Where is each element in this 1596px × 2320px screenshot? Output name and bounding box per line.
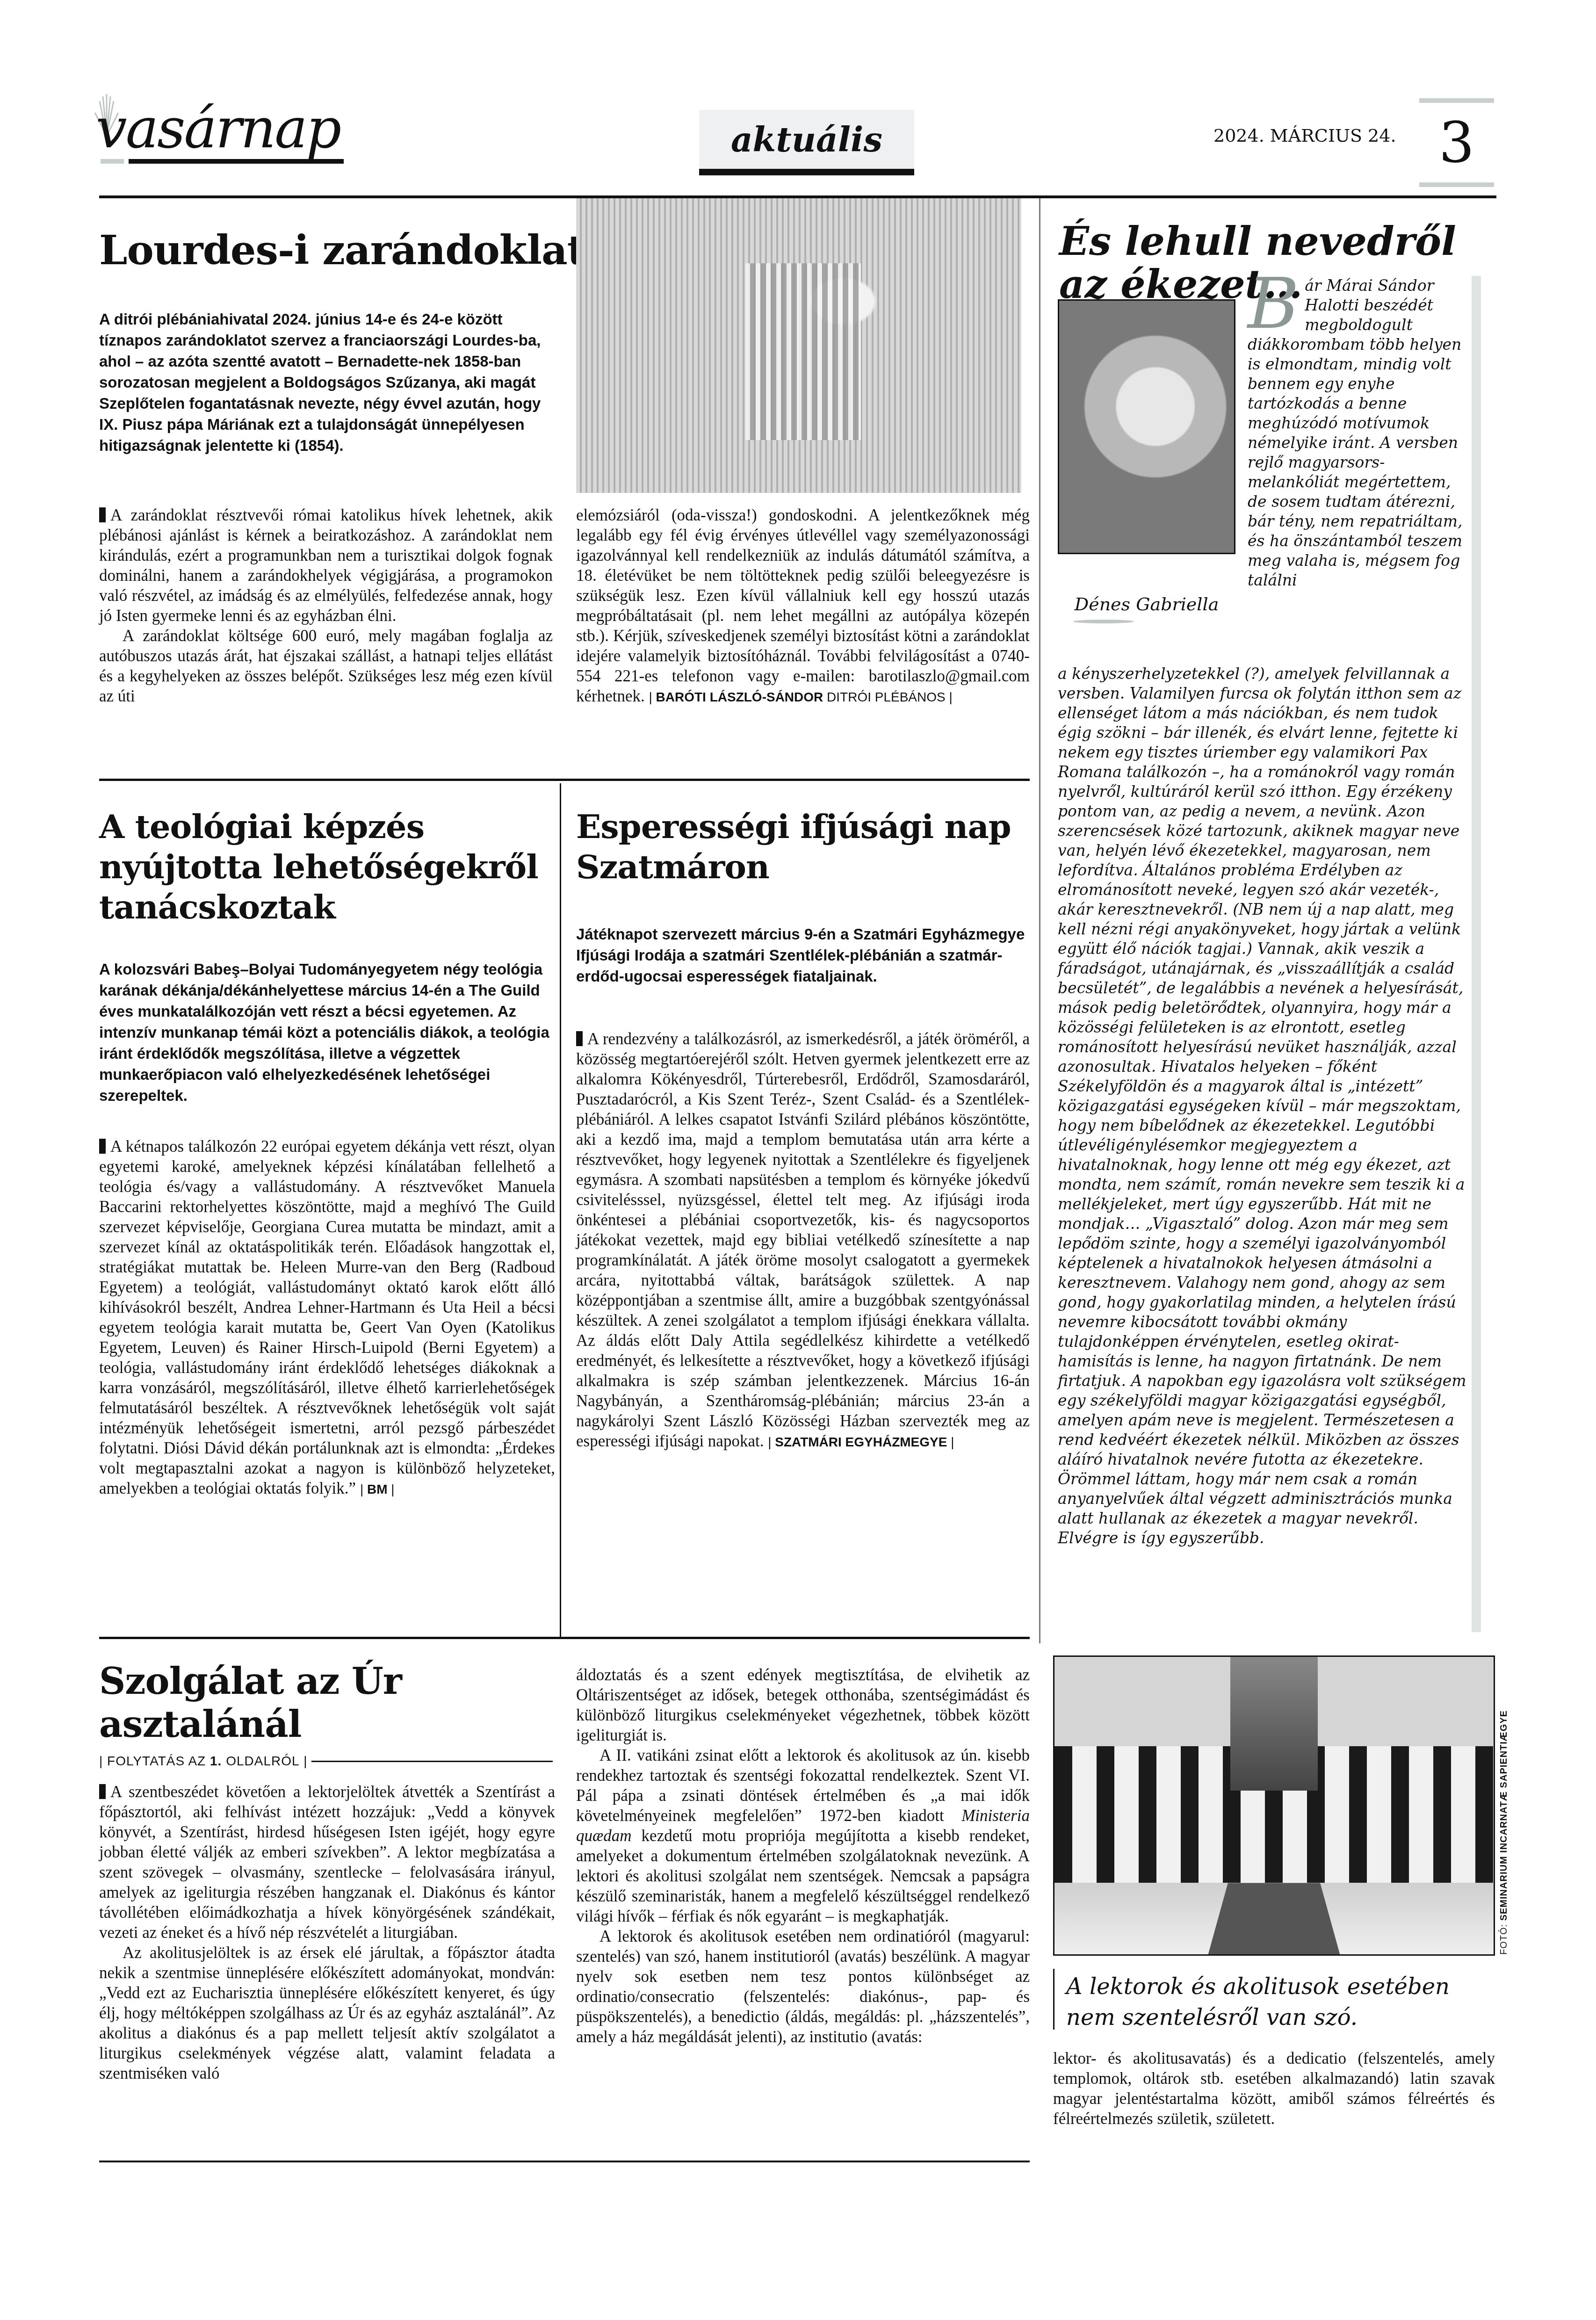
issue-date: 2024. MÁRCIUS 24. (1213, 125, 1396, 146)
candle-stand (745, 263, 861, 440)
photo-lourdes-grotto (576, 198, 1021, 493)
column-divider (1039, 198, 1040, 1643)
logo-accent (101, 159, 124, 164)
altar (1230, 1657, 1318, 1791)
divider (99, 1637, 1030, 1639)
essay-body: a kényszerhelyzetekkel (?), amelyek felv… (1058, 664, 1472, 1548)
essay-side-bar (1472, 276, 1481, 1632)
byline-role: DITRÓI PLÉBÁNOS (827, 690, 946, 704)
paragraph-marker (99, 1139, 106, 1154)
lead-youth: Játéknapot szervezett március 9-én a Sza… (576, 924, 1025, 987)
paragraph-marker (99, 507, 106, 522)
column-divider (560, 783, 561, 1639)
section-label: aktuális (731, 120, 882, 159)
pull-quote: A lektorok és akolitusok esetében nem sz… (1066, 1971, 1487, 2033)
newspaper-logo: vasárnap (96, 101, 340, 156)
lead-lourdes: A ditrói plébániahivatal 2024. június 14… (99, 309, 553, 456)
photo-credit: FOTÓ: SEMINARIUM INCARNATÆ SAPIENTIÆGYE (1499, 1655, 1509, 1955)
divider (99, 779, 1030, 781)
body-theology: A kétnapos találkozón 22 európai egyetem… (99, 1136, 555, 1499)
section-tab: aktuális (699, 110, 914, 175)
headline-theology: A teológiai képzés nyújtotta lehetőségek… (99, 807, 557, 927)
body-service-col3: lektor- és akolitusavatás) és a dedicati… (1053, 2048, 1495, 2129)
author-name: Dénes Gabriella (1058, 594, 1235, 614)
headline-service: Szolgálat az Úr asztalánál (99, 1660, 520, 1746)
paragraph-marker (576, 1031, 583, 1046)
essay-intro: Bár Márai Sándor Halotti beszédét megbol… (1248, 276, 1467, 590)
pull-quote-bar (1053, 1969, 1054, 2030)
body-service-col1: A szentbeszédet követően a lektorjelölte… (99, 1782, 555, 2083)
footer-rule (99, 2161, 1030, 2162)
caption-accent (1073, 620, 1134, 623)
body-service-col2: áldoztatás és a szent edények megtisztít… (576, 1665, 1030, 2047)
headline-youth: Esperességi ifjúsági nap Szatmáron (576, 807, 1025, 887)
logo-underline (129, 159, 344, 164)
drop-cap: B (1248, 276, 1299, 332)
body-youth: A rendezvény a találkozásról, az ismerke… (576, 1029, 1030, 1452)
paragraph-marker (99, 1784, 106, 1799)
page-number: 3 (1439, 110, 1474, 175)
continued-from: | FOLYTATÁS AZ 1. OLDALRÓL | (99, 1754, 553, 1769)
byline-author: BARÓTI LÁSZLÓ-SÁNDOR (656, 690, 823, 704)
body-lourdes-col2: elemózsiáról (oda-vissza!) gondoskodni. … (576, 505, 1030, 707)
photo-lectors-acolytes (1053, 1655, 1495, 1956)
author-portrait (1058, 299, 1235, 554)
page-number-box: 3 (1419, 98, 1494, 187)
lead-theology: A kolozsvári Babeş–Bolyai Tudományegyete… (99, 959, 555, 1106)
body-lourdes-col1: A zarándoklat résztvevői római katolikus… (99, 505, 553, 706)
